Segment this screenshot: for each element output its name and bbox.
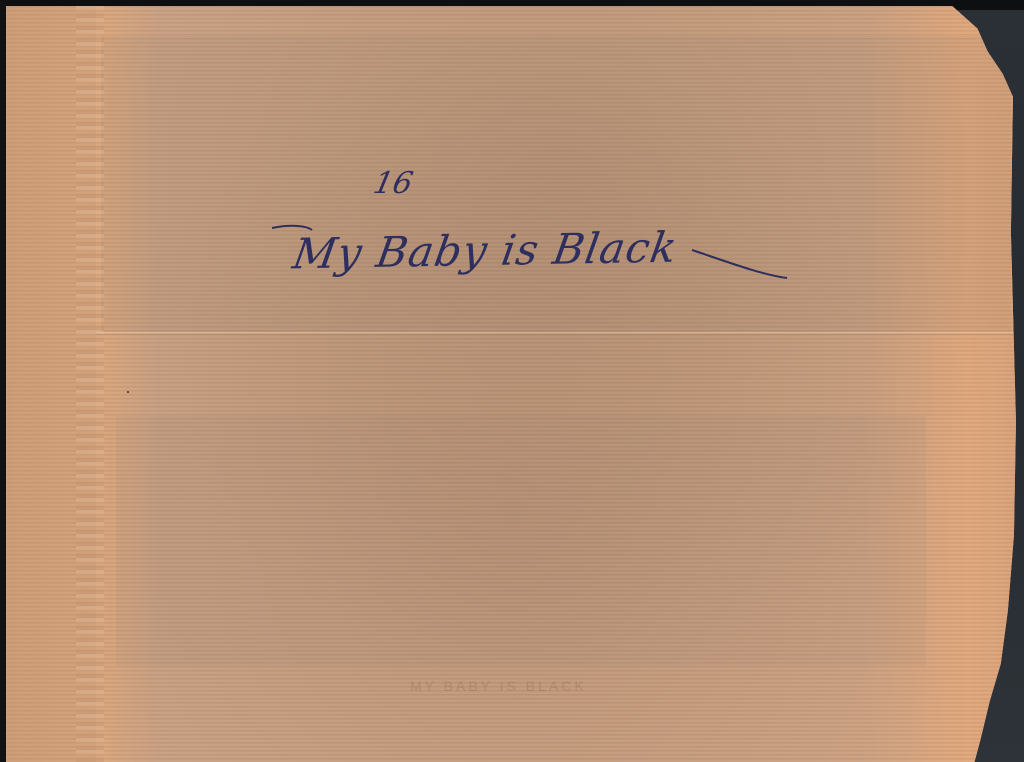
pen-flourish-stroke [272,220,792,290]
lower-show-through-panel [116,416,926,666]
serrated-seam-edge [76,6,104,762]
paper-envelope [6,6,1018,762]
left-dark-edge [0,0,6,762]
ink-speck [127,391,129,393]
handwritten-number: 16 [370,166,416,201]
flap-fold-line [96,332,1016,335]
faint-show-through-text: MY BABY IS BLACK [410,678,587,694]
